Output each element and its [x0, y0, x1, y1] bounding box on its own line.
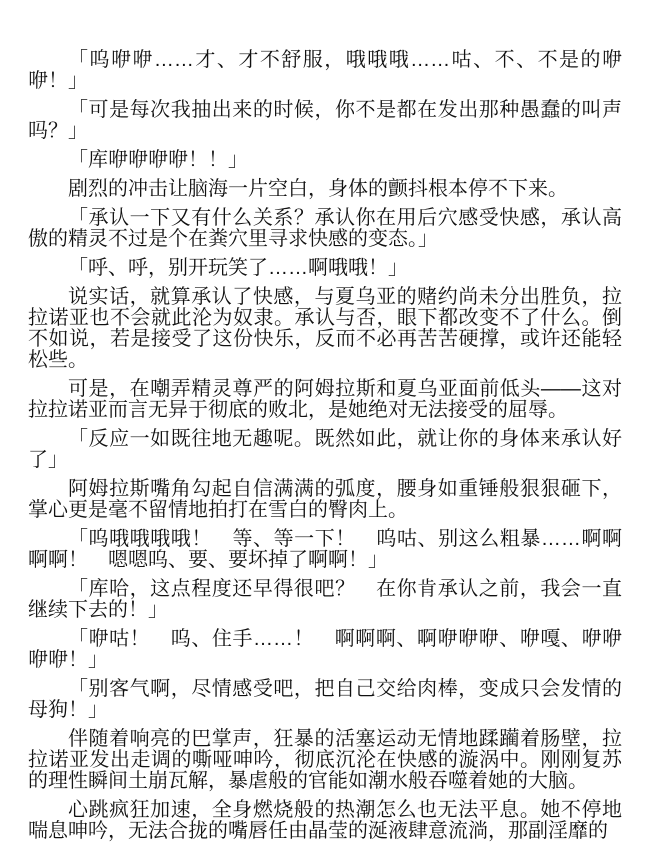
paragraph: 「咿咕！ 呜、住手……！ 啊啊啊、啊咿咿咿、咿嘎、咿咿咿咿！」 — [28, 629, 622, 671]
paragraph: 「呜哦哦哦哦！ 等、等一下！ 呜咕、别这么粗暴……啊啊啊啊！ 嗯嗯呜、要、要坏掉… — [28, 529, 622, 571]
novel-text-page: 「呜咿咿……才、才不舒服，哦哦哦……咕、不、不是的咿咿！」 「可是每次我抽出来的… — [0, 0, 650, 850]
paragraph: 伴随着响亮的巴掌声，狂暴的活塞运动无情地蹂躏着肠壁，拉拉诺亚发出走调的嘶哑呻吟，… — [28, 729, 622, 792]
paragraph: 「库咿咿咿咿！！」 — [28, 150, 622, 171]
paragraph: 「承认一下又有什么关系？承认你在用后穴感受快感，承认高傲的精灵不过是个在粪穴里寻… — [28, 208, 622, 250]
paragraph: 心跳疯狂加速，全身燃烧般的热潮怎么也无法平息。她不停地喘息呻吟，无法合拢的嘴唇任… — [28, 800, 622, 842]
paragraph: 「呜咿咿……才、才不舒服，哦哦哦……咕、不、不是的咿咿！」 — [28, 50, 622, 92]
paragraph: 说实话，就算承认了快感，与夏乌亚的赌约尚未分出胜负，拉拉诺亚也不会就此沦为奴隶。… — [28, 287, 622, 371]
paragraph: 「呼、呼，别开玩笑了……啊哦哦！」 — [28, 258, 622, 279]
paragraph: 「可是每次我抽出来的时候，你不是都在发出那种愚蠢的叫声吗？」 — [28, 100, 622, 142]
paragraph: 阿姆拉斯嘴角勾起自信满满的弧度，腰身如重锤般狠狠砸下，掌心更是毫不留情地拍打在雪… — [28, 479, 622, 521]
paragraph: 「别客气啊，尽情感受吧，把自己交给肉棒，变成只会发情的母狗！」 — [28, 679, 622, 721]
paragraph: 「库哈，这点程度还早得很吧？ 在你肯承认之前，我会一直继续下去的！」 — [28, 579, 622, 621]
paragraph: 可是，在嘲弄精灵尊严的阿姆拉斯和夏乌亚面前低头——这对拉拉诺亚而言无异于彻底的败… — [28, 379, 622, 421]
paragraph: 剧烈的冲击让脑海一片空白，身体的颤抖根本停不下来。 — [28, 179, 622, 200]
paragraph: 「反应一如既往地无趣呢。既然如此，就让你的身体来承认好了」 — [28, 429, 622, 471]
